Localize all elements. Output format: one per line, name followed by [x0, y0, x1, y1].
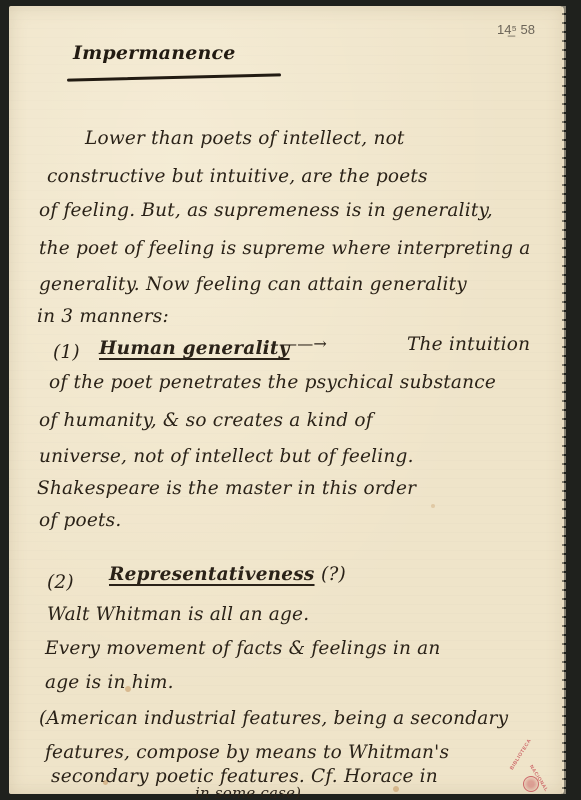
- section-1-line-2: of the poet penetrates the psychical sub…: [49, 372, 496, 393]
- text-line-2: constructive but intuitive, are the poet…: [47, 166, 428, 187]
- section-1-line-5: Shakespeare is the master in this order: [37, 478, 416, 499]
- text-line-6: in 3 manners:: [37, 306, 169, 327]
- section-1-line-4: universe, not of intellect but of feelin…: [39, 446, 414, 467]
- section-2-line-1: Walt Whitman is all an age.: [47, 604, 309, 625]
- section-1-line-6: of poets.: [39, 510, 121, 531]
- page-title: Impermanence: [73, 42, 236, 64]
- text-line-4: the poet of feeling is supreme where int…: [39, 238, 531, 259]
- text-line-5: generality. Now feeling can attain gener…: [39, 274, 467, 295]
- section-2-heading-suffix: (?): [321, 564, 346, 585]
- section-2-line-5: features, compose by means to Whitman's: [45, 742, 449, 763]
- foxing-spot: [103, 780, 108, 785]
- section-2-line-3: age is in him.: [45, 672, 174, 693]
- section-1-line-3: of humanity, & so creates a kind of: [39, 410, 373, 431]
- section-2-number: (2): [47, 572, 74, 593]
- title-underline: [67, 73, 281, 81]
- foxing-spot: [393, 786, 399, 792]
- section-1-number: (1): [53, 342, 80, 363]
- text-line-1: Lower than poets of intellect, not: [85, 128, 405, 149]
- scanned-manuscript: 14̲⁵ 58 Impermanence Lower than poets of…: [0, 0, 581, 800]
- section-2-heading: Representativeness: [109, 564, 315, 585]
- section-1-heading: Human generality: [99, 338, 290, 359]
- folio-number: 14̲⁵ 58: [497, 22, 535, 37]
- manuscript-page: 14̲⁵ 58 Impermanence Lower than poets of…: [9, 6, 564, 794]
- foxing-spot: [431, 504, 435, 508]
- section-2-line-4: (American industrial features, being a s…: [39, 708, 508, 729]
- foxing-spot: [125, 686, 131, 692]
- section-2-line-2: Every movement of facts & feelings in an: [45, 638, 441, 659]
- section-2-line-7: in some case): [195, 784, 301, 800]
- stamp-seal-icon: [523, 776, 539, 792]
- text-line-3: of feeling. But, as supremeness is in ge…: [39, 200, 493, 221]
- section-1-arrow: ——→: [281, 334, 327, 353]
- section-1-line-1: The intuition: [407, 334, 530, 355]
- library-stamp: BIBLIOTECA NACIONAL: [511, 764, 551, 796]
